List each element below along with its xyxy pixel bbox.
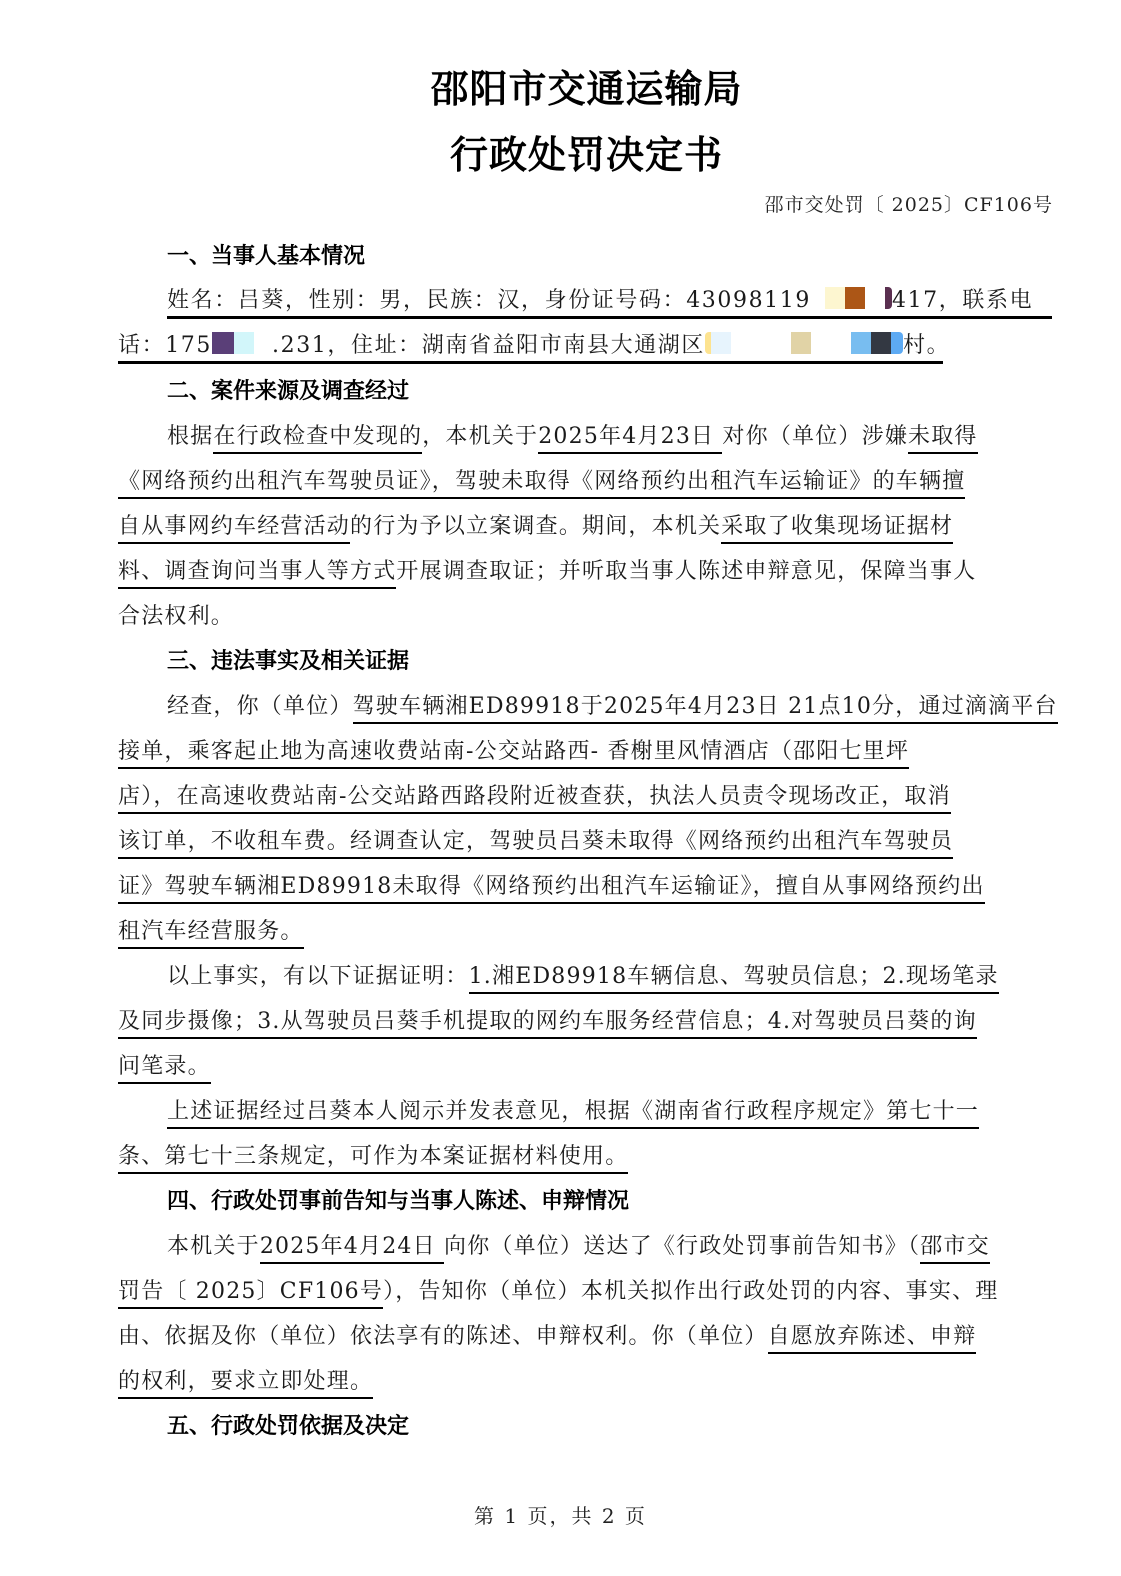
text-run: 以上事实，有以下证据证明：: [167, 964, 469, 989]
redaction-block: [254, 332, 272, 354]
underlined-text: 邵市交: [920, 1234, 990, 1264]
text-run: 经查，你（单位）: [167, 694, 353, 719]
redaction-block: [851, 332, 871, 354]
page-indicator: 第 1 页，共 2 页: [0, 1500, 1121, 1529]
facts-line-5: 证》驾驶车辆湘ED89918未取得《网络预约出租汽车运输证》，擅自从事网络预约出: [118, 870, 985, 915]
evidence-admission-line-2: 条、第七十三条规定，可作为本案证据材料使用。: [118, 1140, 628, 1185]
party-phone-label: 417，联系电: [892, 288, 1033, 313]
notice-line-3: 由、依据及你（单位）依法享有的陈述、申辩权利。你（单位）自愿放弃陈述、申辩: [118, 1320, 976, 1365]
facts-line-3: 店），在高速收费站南-公交站路西路段附近被查获，执法人员责令现场改正，取消: [118, 780, 951, 825]
underline: [118, 361, 943, 364]
underlined-text: 及同步摄像；3.从驾驶员吕葵手机提取的网约车服务经营信息；4.对驾驶员吕葵的询: [118, 1009, 977, 1039]
underlined-text: 1.湘ED89918车辆信息、驾驶员信息；2.现场笔录: [469, 964, 999, 994]
evidence-line-1: 以上事实，有以下证据证明：1.湘ED89918车辆信息、驾驶员信息；2.现场笔录: [167, 960, 999, 1005]
text-run: 由、依据及你（单位）依法享有的陈述、申辩权利。你（单位）: [118, 1324, 768, 1349]
text-run: 开展调查取证；并听取当事人陈述申辩意见，保障当事人: [396, 559, 976, 584]
text-run: 本机关于: [167, 1234, 260, 1259]
party-id-text: 姓名：吕葵，性别：男，民族：汉，身份证号码：43098119: [167, 288, 811, 313]
redaction-block: [212, 332, 234, 354]
party-phone-text: 话：175: [118, 333, 212, 358]
underline: [167, 316, 1052, 319]
underlined-text: 该订单，不收租车费。经调查认定，驾驶员吕葵未取得《网络预约出租汽车驾驶员: [118, 829, 953, 859]
underlined-text: 租汽车经营服务。: [118, 919, 304, 949]
facts-line-4: 该订单，不收租车费。经调查认定，驾驶员吕葵未取得《网络预约出租汽车驾驶员: [118, 825, 953, 870]
case-source-line-3: 自从事网约车经营活动的行为予以立案调查。期间，本机关采取了收集现场证据材: [118, 510, 953, 555]
document-type-title: 行政处罚决定书: [26, 124, 1121, 179]
underlined-text: 在行政检查中发现的: [213, 424, 422, 454]
facts-line-6: 租汽车经营服务。: [118, 915, 304, 960]
text-run: 对你（单位）涉嫌: [722, 424, 908, 449]
section-heading-violation-facts: 三、违法事实及相关证据: [167, 645, 409, 679]
redaction-block: [825, 287, 845, 309]
text-run: 向你（单位）送达了《行政处罚事前告知书》（: [444, 1234, 920, 1259]
section-heading-penalty-basis: 五、行政处罚依据及决定: [167, 1410, 409, 1444]
underlined-text: 上述证据经过吕葵本人阅示并发表意见，根据《湖南省行政程序规定》第七十一: [167, 1099, 979, 1129]
redaction-block: [885, 287, 892, 309]
underlined-text: 的权利，要求立即处理。: [118, 1369, 373, 1399]
evidence-admission-line-1: 上述证据经过吕葵本人阅示并发表意见，根据《湖南省行政程序规定》第七十一: [167, 1095, 979, 1140]
underlined-text: 未取得: [908, 424, 978, 454]
redaction-block: [891, 332, 903, 354]
section-heading-case-source: 二、案件来源及调查经过: [167, 375, 409, 409]
underlined-text: 店），在高速收费站南-公交站路西路段附近被查获，执法人员责令现场改正，取消: [118, 784, 951, 814]
underlined-text: 《网络预约出租汽车驾驶员证》，驾驶未取得《网络预约出租汽车运输证》的车辆擅: [118, 469, 965, 499]
underlined-text: 问笔录。: [118, 1054, 211, 1084]
notice-line-1: 本机关于2025年4月24日 向你（单位）送达了《行政处罚事前告知书》（邵市交: [167, 1230, 990, 1275]
redaction-block: [811, 287, 825, 309]
underlined-date: 2025年4月24日: [260, 1234, 444, 1264]
case-source-line-4: 料、调查询问当事人等方式开展调查取证；并听取当事人陈述申辩意见，保障当事人: [118, 555, 976, 600]
notice-line-2: 罚告〔 2025〕CF106号），告知你（单位）本机关拟作出行政处罚的内容、事实…: [118, 1275, 998, 1320]
notice-line-4: 的权利，要求立即处理。: [118, 1365, 373, 1410]
underlined-text: 条、第七十三条规定，可作为本案证据材料使用。: [118, 1144, 628, 1174]
underlined-text: 接单，乘客起止地为高速收费站南-公交站路西- 香榭里风情酒店（邵阳七里坪: [118, 739, 909, 769]
underlined-text: 驾驶车辆湘ED89918于2025年4月23日 21点10分，通过滴滴平台: [353, 694, 1058, 724]
text-run: 根据: [167, 424, 213, 449]
redaction-block: [731, 332, 791, 354]
text-run: ），告知你（单位）本机关拟作出行政处罚的内容、事实、理: [383, 1279, 998, 1304]
evidence-line-2: 及同步摄像；3.从驾驶员吕葵手机提取的网约车服务经营信息；4.对驾驶员吕葵的询: [118, 1005, 977, 1050]
case-source-line-2: 《网络预约出租汽车驾驶员证》，驾驶未取得《网络预约出租汽车运输证》的车辆擅: [118, 465, 965, 510]
party-address-text: .231，住址：湖南省益阳市南县大通湖区: [272, 333, 705, 358]
case-source-line-1: 根据在行政检查中发现的，本机关于2025年4月23日 对你（单位）涉嫌未取得: [167, 420, 978, 465]
section-heading-party-info: 一、当事人基本情况: [167, 240, 365, 274]
section-heading-prior-notice: 四、行政处罚事前告知与当事人陈述、申辩情况: [167, 1185, 629, 1219]
party-info-line-1: 姓名：吕葵，性别：男，民族：汉，身份证号码：43098119417，联系电: [167, 284, 1033, 329]
text-run: 的行为予以立案调查。期间，本机关: [350, 514, 721, 539]
agency-title: 邵阳市交通运输局: [26, 58, 1121, 113]
case-source-line-5: 合法权利。: [118, 600, 234, 645]
party-info-line-2: 话：175.231，住址：湖南省益阳市南县大通湖区村。: [118, 329, 950, 374]
text-run: 合法权利。: [118, 604, 234, 629]
document-number: 邵市交处罚〔 2025〕CF106号: [765, 190, 1053, 217]
redaction-block: [791, 332, 811, 354]
redaction-block: [865, 287, 885, 309]
redaction-block: [811, 332, 851, 354]
text-run: ，本机关于: [422, 424, 538, 449]
redaction-block: [711, 332, 731, 354]
evidence-line-3: 问笔录。: [118, 1050, 211, 1095]
party-address-end: 村。: [903, 333, 950, 358]
underlined-text: 料、调查询问当事人等方式: [118, 559, 396, 589]
redaction-block: [871, 332, 891, 354]
facts-line-1: 经查，你（单位）驾驶车辆湘ED89918于2025年4月23日 21点10分，通…: [167, 690, 1058, 735]
underlined-text: 证》驾驶车辆湘ED89918未取得《网络预约出租汽车运输证》，擅自从事网络预约出: [118, 874, 985, 904]
underlined-text: 自从事网约车经营活动: [118, 514, 350, 544]
redaction-block: [845, 287, 865, 309]
facts-line-2: 接单，乘客起止地为高速收费站南-公交站路西- 香榭里风情酒店（邵阳七里坪: [118, 735, 909, 780]
underlined-date: 2025年4月23日: [538, 424, 722, 454]
underlined-doc-number: 罚告〔 2025〕CF106号: [118, 1279, 383, 1309]
redaction-block: [234, 332, 254, 354]
underlined-text: 采取了收集现场证据材: [721, 514, 953, 544]
underlined-text: 自愿放弃陈述、申辩: [768, 1324, 977, 1354]
